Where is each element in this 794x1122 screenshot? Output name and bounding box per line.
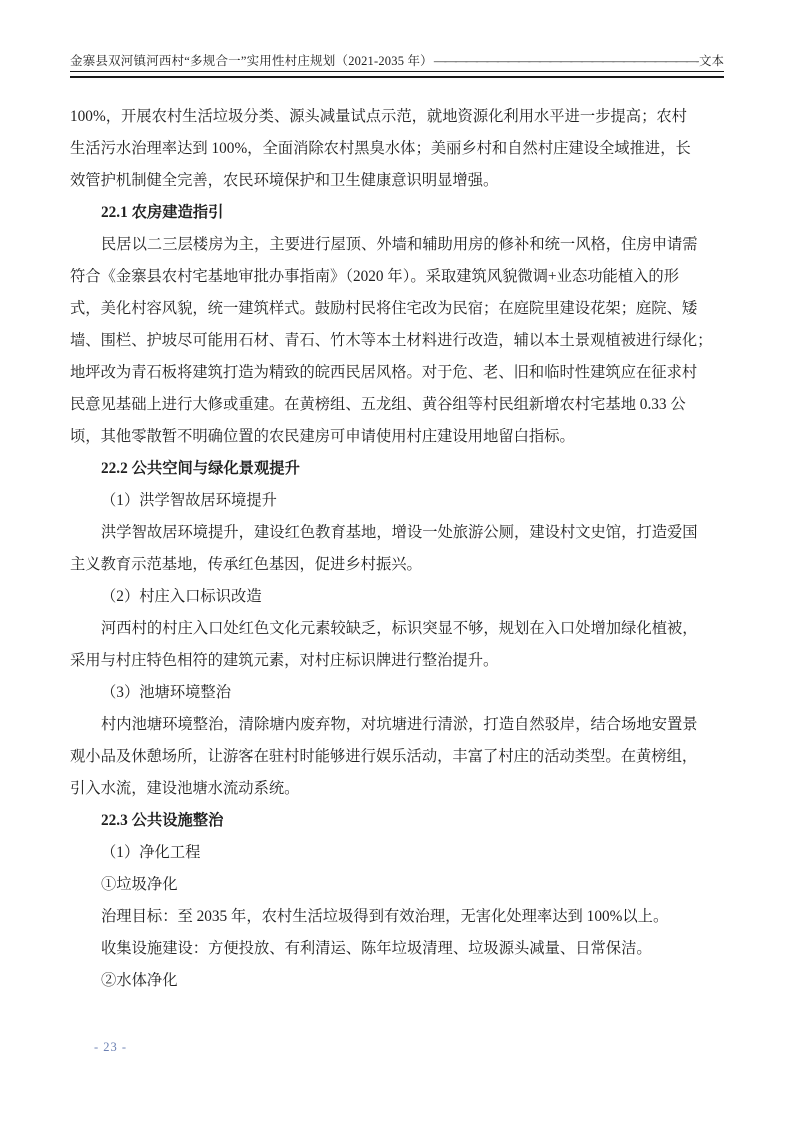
text-line: 生活污水治理率达到 100%，全面消除农村黑臭水体；美丽乡村和自然村庄建设全域推… <box>70 133 726 165</box>
document-body: 100%，开展农村生活垃圾分类、源头减量试点示范，就地资源化利用水平进一步提高；… <box>70 101 726 997</box>
subsection-title: （1）净化工程 <box>70 837 726 869</box>
text-line: 采用与村庄特色相符的建筑元素，对村庄标识牌进行整治提升。 <box>70 645 726 677</box>
text-line: 洪学智故居环境提升，建设红色教育基地，增设一处旅游公厕，建设村文史馆，打造爱国 <box>70 517 726 549</box>
text-line: 顷，其他零散暂不明确位置的农民建房可申请使用村庄建设用地留白指标。 <box>70 421 726 453</box>
text-line: 效管护机制健全完善，农民环境保护和卫生健康意识明显增强。 <box>70 165 726 197</box>
page-number: - 23 - <box>94 1038 127 1056</box>
text-line: 地坪改为青石板将建筑打造为精致的皖西民居风格。对于危、老、旧和临时性建筑应在征求… <box>70 357 726 389</box>
header-row: 金寨县双河镇河西村“多规合一”实用性村庄规划（2021-2035 年） ————… <box>70 52 724 72</box>
text-line: 式，美化村容风貌，统一建筑样式。鼓励村民将住宅改为民宿；在庭院里建设花架；庭院、… <box>70 293 726 325</box>
section-heading-22-2: 22.2 公共空间与绿化景观提升 <box>70 453 726 485</box>
text-line: 墙、围栏、护坡尽可能用石材、青石、竹木等本土材料进行改造，辅以本土景观植被进行绿… <box>70 325 726 357</box>
text-line: 民意见基础上进行大修或重建。在黄榜组、五龙组、黄谷组等村民组新增农村宅基地 0.… <box>70 389 726 421</box>
text-line: 100%，开展农村生活垃圾分类、源头减量试点示范，就地资源化利用水平进一步提高；… <box>70 101 726 133</box>
text-line: 民居以二三层楼房为主，主要进行屋顶、外墙和辅助用房的修补和统一风格，住房申请需 <box>70 229 726 261</box>
section-heading-22-3: 22.3 公共设施整治 <box>70 805 726 837</box>
text-line: 村内池塘环境整治，清除塘内废弃物，对坑塘进行清淤，打造自然驳岸，结合场地安置景 <box>70 709 726 741</box>
document-page: 金寨县双河镇河西村“多规合一”实用性村庄规划（2021-2035 年） ————… <box>0 0 794 1122</box>
list-item: ②水体净化 <box>70 965 726 997</box>
header-doc-type-label: 文本 <box>699 52 724 70</box>
text-line: 河西村的村庄入口处红色文化元素较缺乏，标识突显不够，规划在入口处增加绿化植被， <box>70 613 726 645</box>
subsection-title: （1）洪学智故居环境提升 <box>70 485 726 517</box>
page-header: 金寨县双河镇河西村“多规合一”实用性村庄规划（2021-2035 年） ————… <box>70 52 724 78</box>
text-line: 收集设施建设：方便投放、有利清运、陈年垃圾清理、垃圾源头减量、日常保洁。 <box>70 933 726 965</box>
section-heading-22-1: 22.1 农房建造指引 <box>70 197 726 229</box>
list-item: ①垃圾净化 <box>70 869 726 901</box>
subsection-title: （2）村庄入口标识改造 <box>70 581 726 613</box>
header-dash-fill: ———————————————————————————— <box>433 52 699 70</box>
text-line: 符合《金寨县农村宅基地审批办事指南》（2020 年）。采取建筑风貌微调+业态功能… <box>70 261 726 293</box>
text-line: 引入水流，建设池塘水流动系统。 <box>70 773 726 805</box>
text-line: 观小品及休憩场所，让游客在驻村时能够进行娱乐活动，丰富了村庄的活动类型。在黄榜组… <box>70 741 726 773</box>
text-line: 主义教育示范基地，传承红色基因，促进乡村振兴。 <box>70 549 726 581</box>
text-line: 治理目标：至 2035 年，农村生活垃圾得到有效治理，无害化处理率达到 100%… <box>70 901 726 933</box>
header-title: 金寨县双河镇河西村“多规合一”实用性村庄规划（2021-2035 年） <box>70 52 433 70</box>
header-rule <box>70 76 724 78</box>
subsection-title: （3）池塘环境整治 <box>70 677 726 709</box>
